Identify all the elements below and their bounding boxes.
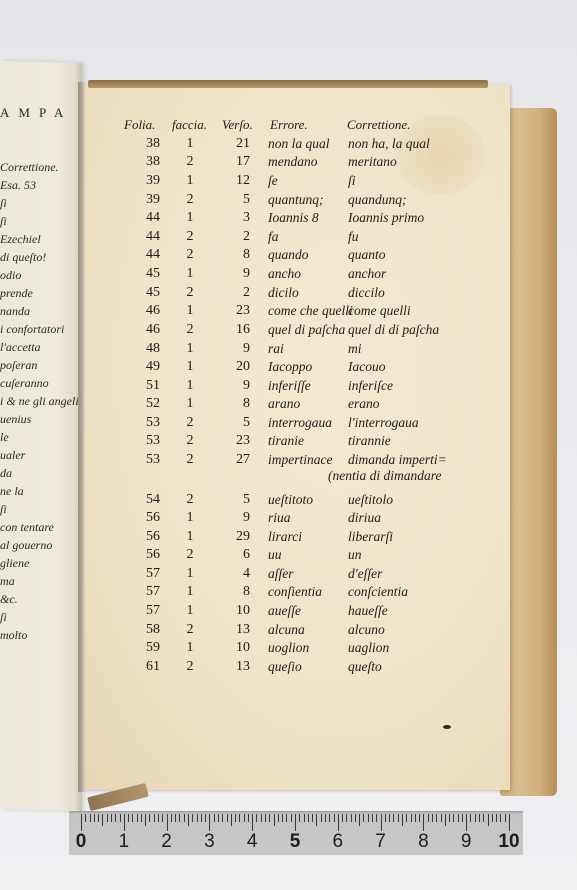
cell-verso: 23 — [226, 433, 250, 449]
cell-correttione: inferiſce — [348, 378, 393, 394]
cell-folio: 59 — [138, 640, 160, 656]
cell-verso: 23 — [226, 303, 250, 319]
ruler-tick — [325, 814, 326, 822]
cell-faccia: 2 — [183, 547, 197, 563]
cell-errore: lirarci — [268, 529, 302, 545]
cell-verso: 10 — [226, 603, 250, 619]
table-row: 46216quel di paſchaquel di di paſcha — [0, 322, 577, 340]
ruler-tick — [120, 814, 121, 822]
cell-correttione: haueſſe — [348, 603, 388, 619]
cell-verso: 27 — [226, 452, 250, 468]
cell-faccia: 2 — [183, 452, 197, 468]
ruler-tick — [376, 814, 377, 822]
ruler-tick — [244, 814, 245, 822]
cell-folio: 57 — [138, 566, 160, 582]
table-row: 57110aueſſehaueſſe — [0, 603, 577, 621]
cell-errore: tiranie — [268, 433, 304, 449]
cell-faccia: 1 — [183, 266, 197, 282]
ruler-tick — [227, 814, 228, 822]
ruler-tick — [475, 814, 476, 822]
table-row: 38217mendanomeritano — [0, 154, 577, 172]
ruler-tick — [269, 814, 270, 822]
ruler-tick — [218, 814, 219, 822]
ruler-tick — [342, 814, 343, 822]
ruler-tick — [312, 814, 313, 822]
cell-faccia: 1 — [183, 303, 197, 319]
ruler-tick — [458, 814, 459, 822]
cell-verso: 5 — [226, 492, 250, 508]
ruler-tick — [415, 814, 416, 822]
header-correttione: Correttione. — [347, 117, 410, 133]
header-verso: Verſo. — [222, 117, 253, 133]
ruler-tick — [81, 814, 82, 831]
cell-verso: 13 — [226, 659, 250, 675]
cell-folio: 56 — [138, 547, 160, 563]
ruler-tick — [197, 814, 198, 822]
cell-verso: 2 — [226, 229, 250, 245]
cell-correttione: uaglion — [348, 640, 389, 656]
cell-faccia: 1 — [183, 136, 197, 152]
cell-verso: 8 — [226, 584, 250, 600]
table-row: 49120IacoppoIacouo — [0, 359, 577, 377]
ruler-tick — [466, 814, 467, 831]
ruler-tick — [428, 814, 429, 822]
ruler-tick — [483, 814, 484, 822]
ruler-tick — [308, 814, 309, 822]
ruler-tick — [488, 814, 489, 826]
ruler-tick — [368, 814, 369, 822]
ruler-tick — [385, 814, 386, 822]
ruler-tick — [132, 814, 133, 822]
ruler-tick — [145, 814, 146, 826]
cell-faccia: 1 — [183, 210, 197, 226]
cell-folio: 38 — [138, 136, 160, 152]
cell-folio: 56 — [138, 529, 160, 545]
cell-correttione: Ioannis primo — [348, 210, 424, 226]
cell-errore: impertinace — [268, 452, 332, 468]
ruler-tick — [423, 814, 424, 831]
cell-correttione: Iacouo — [348, 359, 386, 375]
cell-folio: 46 — [138, 303, 160, 319]
cell-errore: uu — [268, 547, 282, 563]
cell-verso: 9 — [226, 378, 250, 394]
cell-verso: 9 — [226, 510, 250, 526]
cell-verso: 12 — [226, 173, 250, 189]
cell-verso: 8 — [226, 396, 250, 412]
cell-errore: fa — [268, 229, 279, 245]
table-row: 4428quandoquanto — [0, 247, 577, 265]
cell-folio: 49 — [138, 359, 160, 375]
cell-errore: alcuna — [268, 622, 305, 638]
page-top-edge — [88, 80, 488, 88]
table-row: 5718conſientiaconſcientia — [0, 584, 577, 602]
cell-faccia: 1 — [183, 566, 197, 582]
ruler-tick — [393, 814, 394, 822]
cell-faccia: 1 — [183, 603, 197, 619]
cell-folio: 44 — [138, 210, 160, 226]
cell-faccia: 1 — [183, 584, 197, 600]
cell-correttione: quanto — [348, 247, 386, 263]
header-errore: Errore. — [270, 117, 308, 133]
cell-faccia: 1 — [183, 396, 197, 412]
cell-errore: conſientia — [268, 584, 322, 600]
ruler-tick — [205, 814, 206, 822]
ruler-tick — [402, 814, 403, 826]
cell-verso: 21 — [226, 136, 250, 152]
cell-correttione: non ha, la qual — [348, 136, 430, 152]
cell-folio: 44 — [138, 247, 160, 263]
cell-errore: mendano — [268, 154, 318, 170]
cell-errore: riua — [268, 510, 291, 526]
cell-verso: 17 — [226, 154, 250, 170]
cell-correttione: queſto — [348, 659, 382, 675]
ruler-tick — [419, 814, 420, 822]
ruler-tick — [158, 814, 159, 822]
cell-errore: arano — [268, 396, 300, 412]
cell-errore: non la qual — [268, 136, 330, 152]
cell-verso: 5 — [226, 415, 250, 431]
ruler-tick — [107, 814, 108, 822]
cell-correttione: mi — [348, 341, 362, 357]
ruler-label: 2 — [161, 831, 172, 853]
cell-faccia: 1 — [183, 510, 197, 526]
ruler-tick — [462, 814, 463, 822]
cell-correttione: diriua — [348, 510, 381, 526]
cell-faccia: 2 — [183, 154, 197, 170]
ruler-tick — [496, 814, 497, 822]
cell-faccia: 2 — [183, 285, 197, 301]
cell-folio: 52 — [138, 396, 160, 412]
ruler-label: 10 — [498, 831, 519, 853]
ruler-tick — [167, 814, 168, 831]
table-row: 5714aſſerd'eſſer — [0, 566, 577, 584]
table-row: 61213queſioqueſto — [0, 659, 577, 677]
ruler-tick — [355, 814, 356, 822]
cell-errore: Ioannis 8 — [268, 210, 319, 226]
cell-correttione: erano — [348, 396, 380, 412]
cell-folio: 39 — [138, 173, 160, 189]
cell-faccia: 1 — [183, 640, 197, 656]
ruler-tick — [432, 814, 433, 822]
cell-folio: 45 — [138, 266, 160, 282]
ruler-tick — [479, 814, 480, 822]
cell-faccia: 1 — [183, 529, 197, 545]
cell-folio: 48 — [138, 341, 160, 357]
cell-verso: 29 — [226, 529, 250, 545]
ruler-tick — [449, 814, 450, 822]
ruler-tick — [338, 814, 339, 831]
ruler-tick — [282, 814, 283, 822]
header-faccia: faccia. — [172, 117, 207, 133]
cell-folio: 61 — [138, 659, 160, 675]
cell-verso: 13 — [226, 622, 250, 638]
cell-errore: aſſer — [268, 566, 294, 582]
table-row: 53227impertinacedimanda imperti= — [0, 452, 577, 470]
ruler-label: 6 — [333, 831, 344, 853]
ruler-tick — [98, 814, 99, 822]
ruler-tick — [286, 814, 287, 822]
ruler-tick — [252, 814, 253, 831]
ruler-tick — [274, 814, 275, 826]
ruler-tick — [509, 814, 510, 831]
cell-errore: uoglion — [268, 640, 309, 656]
cell-verso: 4 — [226, 566, 250, 582]
ruler-tick — [372, 814, 373, 822]
ruler-tick — [436, 814, 437, 822]
ruler-tick — [85, 814, 86, 822]
ruler-tick — [500, 814, 501, 822]
ruler-label: 0 — [76, 831, 87, 853]
cell-correttione: meritano — [348, 154, 397, 170]
cell-correttione: conſcientia — [348, 584, 408, 600]
header-folio: Folia. — [124, 117, 155, 133]
ruler-tick — [209, 814, 210, 831]
ruler-tick — [261, 814, 262, 822]
table-row: 4522dicilodiccilo — [0, 285, 577, 303]
ruler-label: 3 — [204, 831, 215, 853]
cell-correttione: come quelli — [348, 303, 411, 319]
cell-correttione: ueſtitolo — [348, 492, 393, 508]
ruler-label: 7 — [375, 831, 386, 853]
ruler-tick — [184, 814, 185, 822]
ruler-tick — [171, 814, 172, 822]
cell-errore: ueſtitoto — [268, 492, 313, 508]
cell-faccia: 1 — [183, 378, 197, 394]
cell-verso: 10 — [226, 640, 250, 656]
cell-errore: ancho — [268, 266, 301, 282]
table-row: 58213alcunaalcuno — [0, 622, 577, 640]
ruler-tick — [111, 814, 112, 822]
table-row: 56129lirarciliberarſi — [0, 529, 577, 547]
table-row: 4422fafu — [0, 229, 577, 247]
ruler-tick — [329, 814, 330, 822]
cell-verso: 5 — [226, 192, 250, 208]
ruler-tick — [363, 814, 364, 822]
ruler-tick — [505, 814, 506, 822]
ruler-tick — [222, 814, 223, 822]
ruler-tick — [179, 814, 180, 822]
ruler-tick — [149, 814, 150, 822]
ruler-tick — [175, 814, 176, 822]
ruler-tick — [231, 814, 232, 826]
cell-faccia: 2 — [183, 659, 197, 675]
table-row: 38121non la qualnon ha, la qual — [0, 136, 577, 154]
table-row: 3925quantunq;quandunq; — [0, 192, 577, 210]
ruler-tick — [115, 814, 116, 822]
ruler-tick — [445, 814, 446, 826]
ruler-tick — [235, 814, 236, 822]
ruler-label: 9 — [461, 831, 472, 853]
cell-faccia: 2 — [183, 433, 197, 449]
cell-faccia: 2 — [183, 492, 197, 508]
table-row: 5425ueſtitotoueſtitolo — [0, 492, 577, 510]
table-row: 4819raimi — [0, 341, 577, 359]
cell-faccia: 1 — [183, 341, 197, 357]
cell-errore: quel di paſcha — [268, 322, 345, 338]
cell-errore: quantunq; — [268, 192, 324, 208]
table-row: 5119inferiſſeinferiſce — [0, 378, 577, 396]
ruler-label: 4 — [247, 831, 258, 853]
ruler-tick — [346, 814, 347, 822]
ruler-tick — [295, 814, 296, 831]
ruler-tick — [137, 814, 138, 822]
cell-errore: queſio — [268, 659, 302, 675]
cell-verso: 9 — [226, 341, 250, 357]
table-row: 39112ſeſi — [0, 173, 577, 191]
cell-folio: 57 — [138, 584, 160, 600]
ruler-tick — [256, 814, 257, 822]
cell-folio: 45 — [138, 285, 160, 301]
ruler-tick — [201, 814, 202, 822]
cell-folio: 44 — [138, 229, 160, 245]
cell-errore: quando — [268, 247, 309, 263]
left-page-header: AMPA — [0, 105, 72, 121]
cell-faccia: 2 — [183, 415, 197, 431]
ruler-tick — [128, 814, 129, 822]
cell-faccia: 2 — [183, 247, 197, 263]
scale-ruler: 012345678910 — [69, 811, 523, 855]
ruler-tick — [299, 814, 300, 822]
cell-correttione: alcuno — [348, 622, 385, 638]
cell-errore: inferiſſe — [268, 378, 311, 394]
ruler-label: 1 — [119, 831, 130, 853]
cell-folio: 56 — [138, 510, 160, 526]
cell-correttione: anchor — [348, 266, 386, 282]
ruler-tick — [278, 814, 279, 822]
ruler-tick — [406, 814, 407, 822]
ruler-tick — [141, 814, 142, 822]
table-row: 53223tiranietirannie — [0, 433, 577, 451]
cell-correttione: l'interrogaua — [348, 415, 419, 431]
cell-verso: 2 — [226, 285, 250, 301]
cell-folio: 53 — [138, 452, 160, 468]
ruler-tick — [321, 814, 322, 822]
cell-verso: 8 — [226, 247, 250, 263]
cell-folio: 53 — [138, 433, 160, 449]
correction-continuation: (nentia di dimandare — [328, 468, 441, 484]
cell-folio: 53 — [138, 415, 160, 431]
ruler-tick — [124, 814, 125, 831]
ruler-tick — [162, 814, 163, 822]
ruler-tick — [334, 814, 335, 822]
ruler-tick — [441, 814, 442, 822]
cell-correttione: dimanda imperti= — [348, 452, 447, 468]
cell-folio: 54 — [138, 492, 160, 508]
cell-correttione: tirannie — [348, 433, 391, 449]
cell-faccia: 1 — [183, 173, 197, 189]
ruler-tick — [192, 814, 193, 822]
cell-folio: 51 — [138, 378, 160, 394]
ruler-tick — [90, 814, 91, 822]
ruler-label: 8 — [418, 831, 429, 853]
cell-correttione: diccilo — [348, 285, 385, 301]
cell-folio: 57 — [138, 603, 160, 619]
ruler-tick — [265, 814, 266, 822]
cell-errore: ſe — [268, 173, 278, 189]
ruler-tick — [214, 814, 215, 822]
ruler-tick — [102, 814, 103, 826]
cell-faccia: 2 — [183, 622, 197, 638]
cell-correttione: fu — [348, 229, 359, 245]
table-row: 4413Ioannis 8Ioannis primo — [0, 210, 577, 228]
ruler-tick — [239, 814, 240, 822]
cell-correttione: quandunq; — [348, 192, 407, 208]
cell-correttione: liberarſi — [348, 529, 393, 545]
ruler-tick — [359, 814, 360, 826]
ruler-tick — [94, 814, 95, 822]
cell-errore: dicilo — [268, 285, 299, 301]
cell-correttione: un — [348, 547, 362, 563]
cell-faccia: 2 — [183, 322, 197, 338]
cell-folio: 46 — [138, 322, 160, 338]
cell-faccia: 2 — [183, 192, 197, 208]
table-row: 59110uoglionuaglion — [0, 640, 577, 658]
ruler-tick — [351, 814, 352, 822]
cell-errore: come che quelli — [268, 303, 353, 319]
cell-correttione: quel di di paſcha — [348, 322, 439, 338]
cell-verso: 16 — [226, 322, 250, 338]
ruler-tick — [188, 814, 189, 826]
cell-errore: rai — [268, 341, 284, 357]
table-row: 5619riuadiriua — [0, 510, 577, 528]
cell-errore: interrogaua — [268, 415, 332, 431]
ruler-tick — [492, 814, 493, 822]
table-row: 5626uuun — [0, 547, 577, 565]
cell-errore: Iacoppo — [268, 359, 312, 375]
cell-faccia: 1 — [183, 359, 197, 375]
ruler-tick — [411, 814, 412, 822]
cell-verso: 9 — [226, 266, 250, 282]
ruler-tick — [381, 814, 382, 831]
cell-folio: 39 — [138, 192, 160, 208]
cell-verso: 6 — [226, 547, 250, 563]
cell-verso: 3 — [226, 210, 250, 226]
table-row: 5325interrogaual'interrogaua — [0, 415, 577, 433]
cell-errore: aueſſe — [268, 603, 301, 619]
ruler-tick — [304, 814, 305, 822]
ruler-tick — [316, 814, 317, 826]
table-row: 46123come che quellicome quelli — [0, 303, 577, 321]
wormhole — [443, 725, 451, 729]
ruler-tick — [154, 814, 155, 822]
table-row: 5218aranoerano — [0, 396, 577, 414]
ruler-label: 5 — [290, 831, 301, 853]
cell-faccia: 2 — [183, 229, 197, 245]
cell-correttione: ſi — [348, 173, 356, 189]
cell-folio: 38 — [138, 154, 160, 170]
ruler-tick — [291, 814, 292, 822]
ruler-tick — [453, 814, 454, 822]
table-row: 4519anchoanchor — [0, 266, 577, 284]
ruler-tick — [248, 814, 249, 822]
ruler-tick — [389, 814, 390, 822]
ruler-tick — [398, 814, 399, 822]
cell-folio: 58 — [138, 622, 160, 638]
cell-correttione: d'eſſer — [348, 566, 382, 582]
cell-verso: 20 — [226, 359, 250, 375]
ruler-tick — [470, 814, 471, 822]
